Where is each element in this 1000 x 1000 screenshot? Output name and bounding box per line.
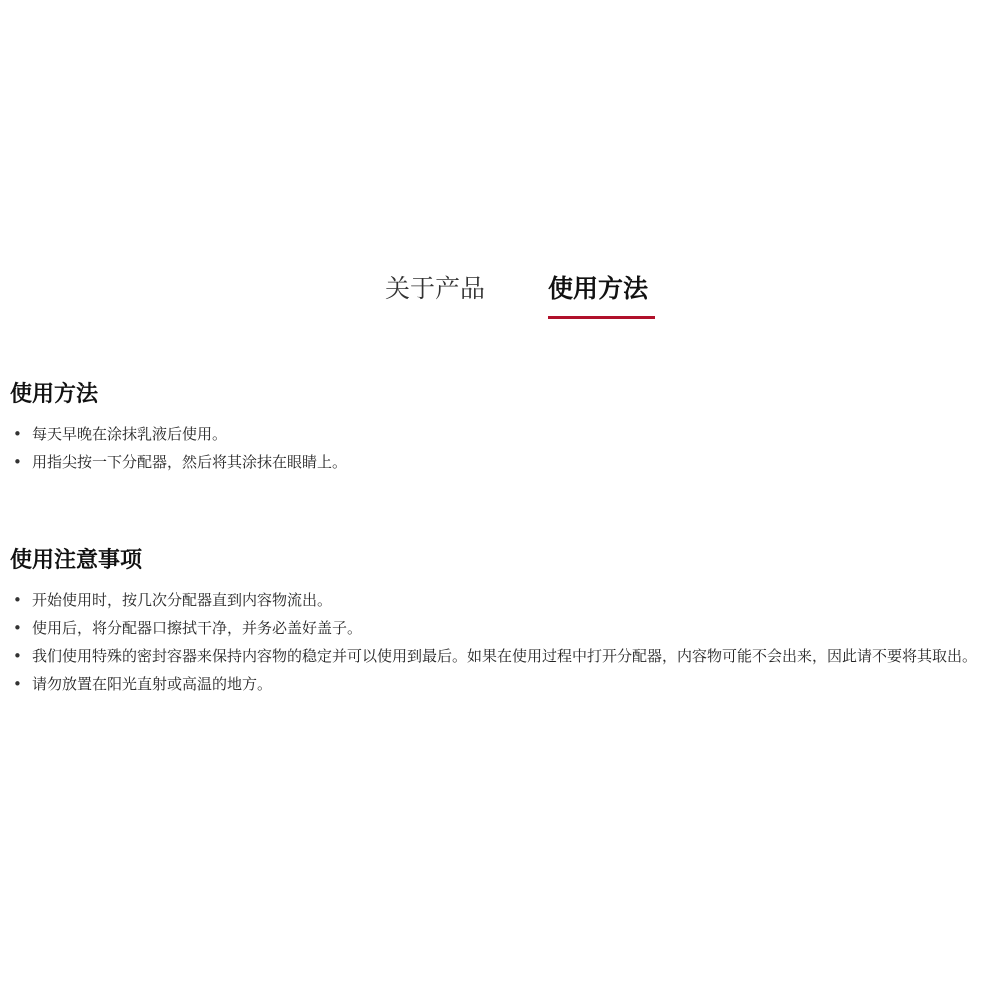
list-item: • 每天早晚在涂抹乳液后使用。 [10,420,990,448]
cautions-list: • 开始使用时，按几次分配器直到内容物流出。 • 使用后，将分配器口擦拭干净，并… [10,586,990,698]
tab-about-product[interactable]: 关于产品 [385,268,485,310]
usage-section: 使用方法 • 每天早晚在涂抹乳液后使用。 • 用指尖按一下分配器，然后将其涂抹在… [10,380,990,476]
bullet-icon: • [13,642,22,670]
bullet-icon: • [13,448,22,476]
product-tabs: 关于产品 使用方法 [0,268,1000,328]
list-item-text: 请勿放置在阳光直射或高温的地方。 [32,675,272,693]
cautions-section-title: 使用注意事项 [10,546,990,576]
list-item-text: 用指尖按一下分配器，然后将其涂抹在眼睛上。 [32,453,347,471]
usage-list: • 每天早晚在涂抹乳液后使用。 • 用指尖按一下分配器，然后将其涂抹在眼睛上。 [10,420,990,476]
list-item: • 使用后，将分配器口擦拭干净，并务必盖好盖子。 [10,614,990,642]
bullet-icon: • [13,670,22,698]
page: 关于产品 使用方法 使用方法 • 每天早晚在涂抹乳液后使用。 • 用指尖按一下分… [0,0,1000,1000]
list-item-text: 我们使用特殊的密封容器来保持内容物的稳定并可以使用到最后。如果在使用过程中打开分… [32,647,977,665]
list-item: • 我们使用特殊的密封容器来保持内容物的稳定并可以使用到最后。如果在使用过程中打… [10,642,990,670]
usage-section-title: 使用方法 [10,380,990,410]
list-item: • 用指尖按一下分配器，然后将其涂抹在眼睛上。 [10,448,990,476]
tab-how-to-use[interactable]: 使用方法 [548,268,648,310]
list-item-text: 开始使用时，按几次分配器直到内容物流出。 [32,591,332,609]
cautions-section: 使用注意事项 • 开始使用时，按几次分配器直到内容物流出。 • 使用后，将分配器… [10,546,990,698]
list-item: • 开始使用时，按几次分配器直到内容物流出。 [10,586,990,614]
bullet-icon: • [13,614,22,642]
bullet-icon: • [13,586,22,614]
list-item: • 请勿放置在阳光直射或高温的地方。 [10,670,990,698]
active-tab-indicator [548,316,655,319]
list-item-text: 使用后，将分配器口擦拭干净，并务必盖好盖子。 [32,619,362,637]
bullet-icon: • [13,420,22,448]
list-item-text: 每天早晚在涂抹乳液后使用。 [32,425,227,443]
